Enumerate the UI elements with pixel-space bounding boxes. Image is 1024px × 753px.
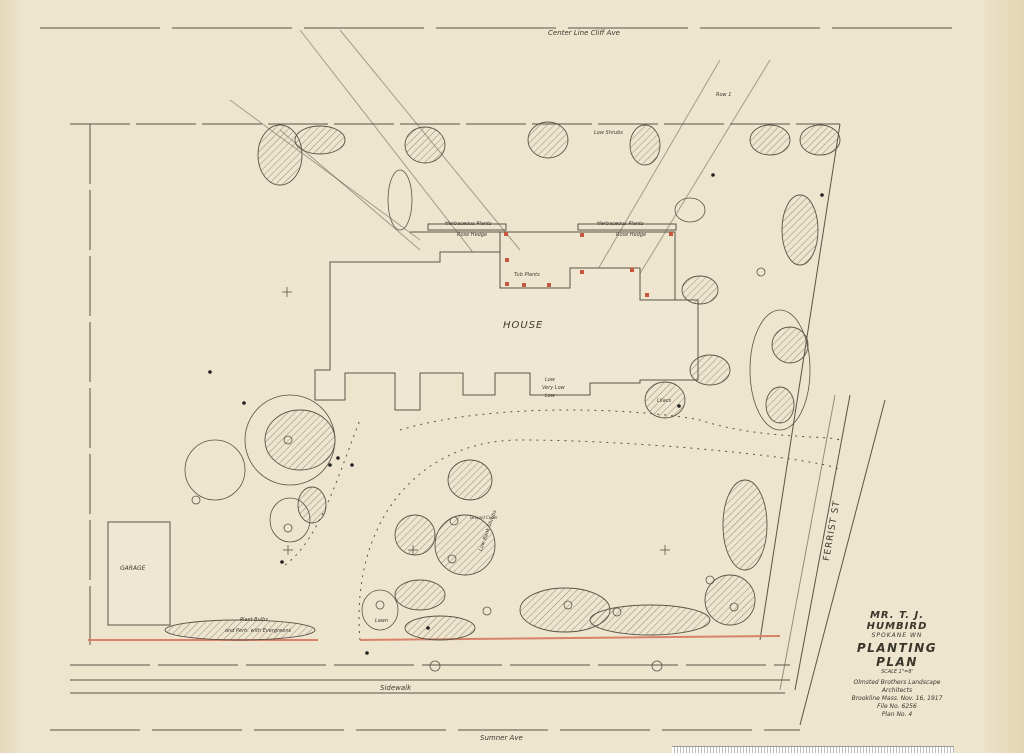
lilacs-label: Lilacs: [657, 398, 671, 404]
street-label-top: Center Line Cliff Ave: [548, 29, 620, 37]
street-label-bottom: Sumner Ave: [480, 734, 523, 742]
sidewalk-label: Sidewalk: [380, 684, 411, 692]
lawn-label: Lawn: [375, 618, 388, 624]
location: SPOKANE WN: [842, 632, 952, 639]
low-label-2: Low: [545, 393, 555, 399]
groundcover-label: Ground Cover: [470, 515, 498, 520]
city-date: Brookline Mass. Nov. 16, 1917: [842, 695, 952, 703]
low-label-1: Low: [545, 377, 555, 383]
house-label: HOUSE: [503, 320, 543, 331]
house-outline: [315, 252, 698, 410]
scale-ruler: [672, 746, 954, 753]
very-low-label: Very Low: [542, 385, 565, 391]
plan-scale: SCALE 1"=8': [842, 669, 952, 675]
garage-label: GARAGE: [120, 565, 145, 572]
plan-title: PLANTING PLAN: [842, 641, 952, 669]
firm-name: Olmsted Brothers Landscape Architects: [842, 679, 952, 695]
file-number: File No. 6256: [842, 703, 952, 711]
plan-number: Plan No. 4: [842, 711, 952, 719]
title-block: MR. T. J. HUMBIRD SPOKANE WN PLANTING PL…: [842, 610, 952, 719]
client-name: MR. T. J. HUMBIRD: [842, 610, 952, 632]
border-note-2: and Perh. with Evergreens: [225, 628, 291, 634]
garage-outline: [108, 522, 170, 625]
border-note-1: Plant Bulbs: [240, 617, 268, 623]
herbaceous-right-label: Herbaceous Plants: [597, 221, 644, 227]
rose-hedge-left-label: Rose Hedge: [457, 232, 487, 238]
herbaceous-left-label: Herbaceous Plants: [445, 221, 492, 227]
row-label: Row 1: [716, 92, 731, 98]
tub-plants-label: Tub Plants: [514, 272, 540, 278]
rose-hedge-right-label: Rose Hedge: [616, 232, 646, 238]
low-shrubs-label: Low Shrubs: [594, 130, 623, 136]
